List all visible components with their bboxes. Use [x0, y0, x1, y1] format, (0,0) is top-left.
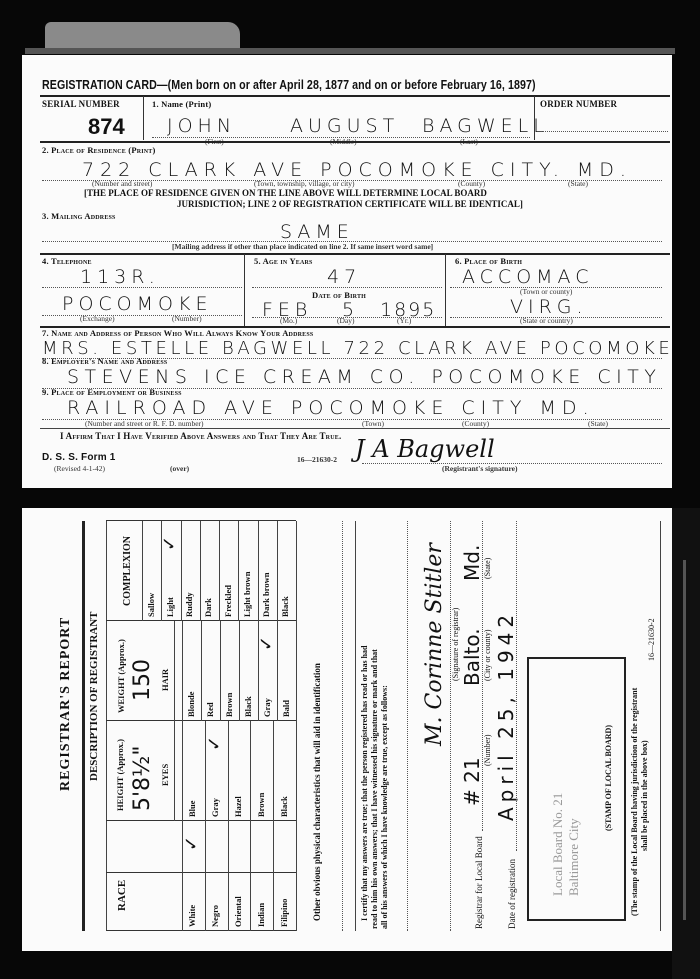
height-value: 5'8½" [130, 746, 155, 811]
weight-value: 150 [130, 659, 155, 701]
race-label: RACE [116, 880, 128, 911]
option-label: Blonde [186, 691, 196, 717]
print-code: 16—21630-2 [297, 455, 337, 464]
option-label: Hazel [233, 796, 243, 817]
option-label: Brown [224, 693, 234, 717]
option-label: Sallow [146, 593, 156, 617]
registrant-signature: J A Bagwell [355, 435, 495, 463]
check-mark-icon: ✓ [159, 536, 180, 551]
option-label: Light brown [242, 572, 252, 617]
option-label: Light [165, 597, 175, 617]
option-label: Dark brown [261, 573, 271, 617]
height-label: HEIGHT (Approx.) [116, 739, 125, 811]
divider [143, 96, 144, 140]
registration-card-front: REGISTRATION CARD—(Men born on or after … [22, 55, 672, 488]
option-label: Gray [262, 698, 272, 717]
check-mark-icon: ✓ [204, 736, 225, 751]
option-label: Brown [256, 793, 266, 817]
option-label: Dark [203, 598, 213, 617]
residence-label: 2. Place of Residence (Print) [42, 145, 156, 155]
telephone-value: 113R. [80, 266, 160, 288]
hair-label: HAIR [160, 669, 170, 691]
check-mark-icon: ✓ [181, 836, 202, 851]
residence-note: [THE PLACE OF RESIDENCE GIVEN ON THE LIN… [84, 188, 487, 199]
print-code: 16—21630-2 [647, 618, 657, 661]
order-number-label: ORDER NUMBER [540, 99, 617, 109]
employment-value: RAILROAD AVE POCOMOKE CITY MD. [67, 397, 595, 419]
registrar-report: REGISTRAR'S REPORT DESCRIPTION OF REGIST… [22, 508, 672, 951]
option-label: Black [243, 696, 253, 717]
description-title: DESCRIPTION OF REGISTRANT [88, 611, 100, 781]
serial-value: 874 [88, 114, 125, 140]
mailing-value: SAME [280, 221, 354, 243]
contact-label: 7. Name and Address of Person Who Will A… [42, 328, 313, 338]
option-label: Blue [187, 800, 197, 817]
stamp-text: Local Board No. 21 [550, 793, 565, 896]
revised-date: (Revised 4-1-42) [54, 464, 105, 473]
other-characteristics-label: Other obvious physical characteristics t… [312, 663, 322, 921]
weight-label: WEIGHT (Approx.) [116, 639, 126, 713]
first-name: JOHN [167, 115, 236, 137]
option-label: Freckled [223, 585, 233, 617]
option-label: Gray [210, 798, 220, 817]
registrar-board-label: Registrar for Local Board [474, 836, 484, 929]
divider [534, 96, 535, 140]
employer-value: STEVENS ICE CREAM CO. POCOMOKE CITY [67, 366, 661, 388]
registration-card-back: REGISTRAR'S REPORT DESCRIPTION OF REGIST… [22, 508, 672, 951]
registrar-city: Balto. [460, 628, 484, 686]
footnote: (The stamp of the Local Board having jur… [630, 688, 640, 916]
registrar-state: Md. [460, 545, 484, 581]
option-label: Black [279, 796, 289, 817]
employment-label: 9. Place of Employment or Business [42, 387, 182, 397]
stamp-label: (STAMP OF LOCAL BOARD) [604, 725, 614, 831]
option-label: Negro [210, 905, 220, 927]
card-title: REGISTRATION CARD—(Men born on or after … [42, 77, 536, 92]
certify-text: I certify that my answers are true; that… [360, 646, 370, 921]
mailing-label: 3. Mailing Address [42, 211, 116, 221]
option-label: Red [205, 702, 215, 717]
stamp-text: Baltimore City [566, 818, 581, 896]
registration-date: April 25, 1942 [494, 610, 518, 821]
residence-note: JURISDICTION; LINE 2 OF REGISTRATION CER… [177, 199, 523, 210]
footnote: shall be placed in the above box) [640, 740, 650, 851]
last-name: BAGWELL [422, 115, 549, 137]
telephone-label: 4. Telephone [42, 256, 92, 266]
middle-name: AUGUST [290, 115, 399, 137]
birthplace-label: 6. Place of Birth [455, 256, 522, 266]
certify-text: read to him his own answers; that I have… [370, 649, 380, 929]
eyes-label: EYES [160, 764, 170, 786]
registrar-signature: M. Corinne Stitler [422, 543, 447, 746]
card-edge-shadow [25, 48, 675, 54]
birthplace-town: ACCOMAC [462, 266, 593, 288]
option-label: White [187, 905, 197, 927]
birthplace-state: VIRG. [510, 296, 588, 318]
residence-value: 722 CLARK AVE POCOMOKE CITY. MD. [82, 159, 632, 181]
option-label: Oriental [233, 896, 243, 927]
serial-label: SERIAL NUMBER [42, 99, 120, 109]
report-title: REGISTRAR'S REPORT [58, 617, 74, 791]
option-label: Black [280, 596, 290, 617]
telephone-exchange: POCOMOKE [62, 293, 212, 315]
registrar-board-number: # 21 [460, 757, 484, 806]
complexion-label: COMPLEXION [122, 536, 133, 606]
affirm-statement: I Affirm That I Have Verified Above Answ… [60, 431, 341, 441]
age-label: 5. Age in Years [254, 256, 313, 266]
card-stack-edge [672, 508, 700, 979]
option-label: Indian [256, 903, 266, 927]
age-value: 47 [327, 266, 361, 288]
name-label: 1. Name (Print) [152, 99, 211, 109]
divider [40, 95, 670, 97]
date-label: Date of registration [507, 859, 517, 929]
form-id: D. S. S. Form 1 [42, 452, 116, 463]
option-label: Ruddy [184, 592, 194, 617]
check-mark-icon: ✓ [256, 636, 277, 651]
certify-text: all of his answers of which I have knowl… [380, 685, 390, 929]
option-label: Bald [281, 700, 291, 717]
over-note: (over) [170, 464, 189, 473]
employer-label: 8. Employer's Name and Address [42, 356, 167, 366]
option-label: Filipino [279, 899, 289, 927]
